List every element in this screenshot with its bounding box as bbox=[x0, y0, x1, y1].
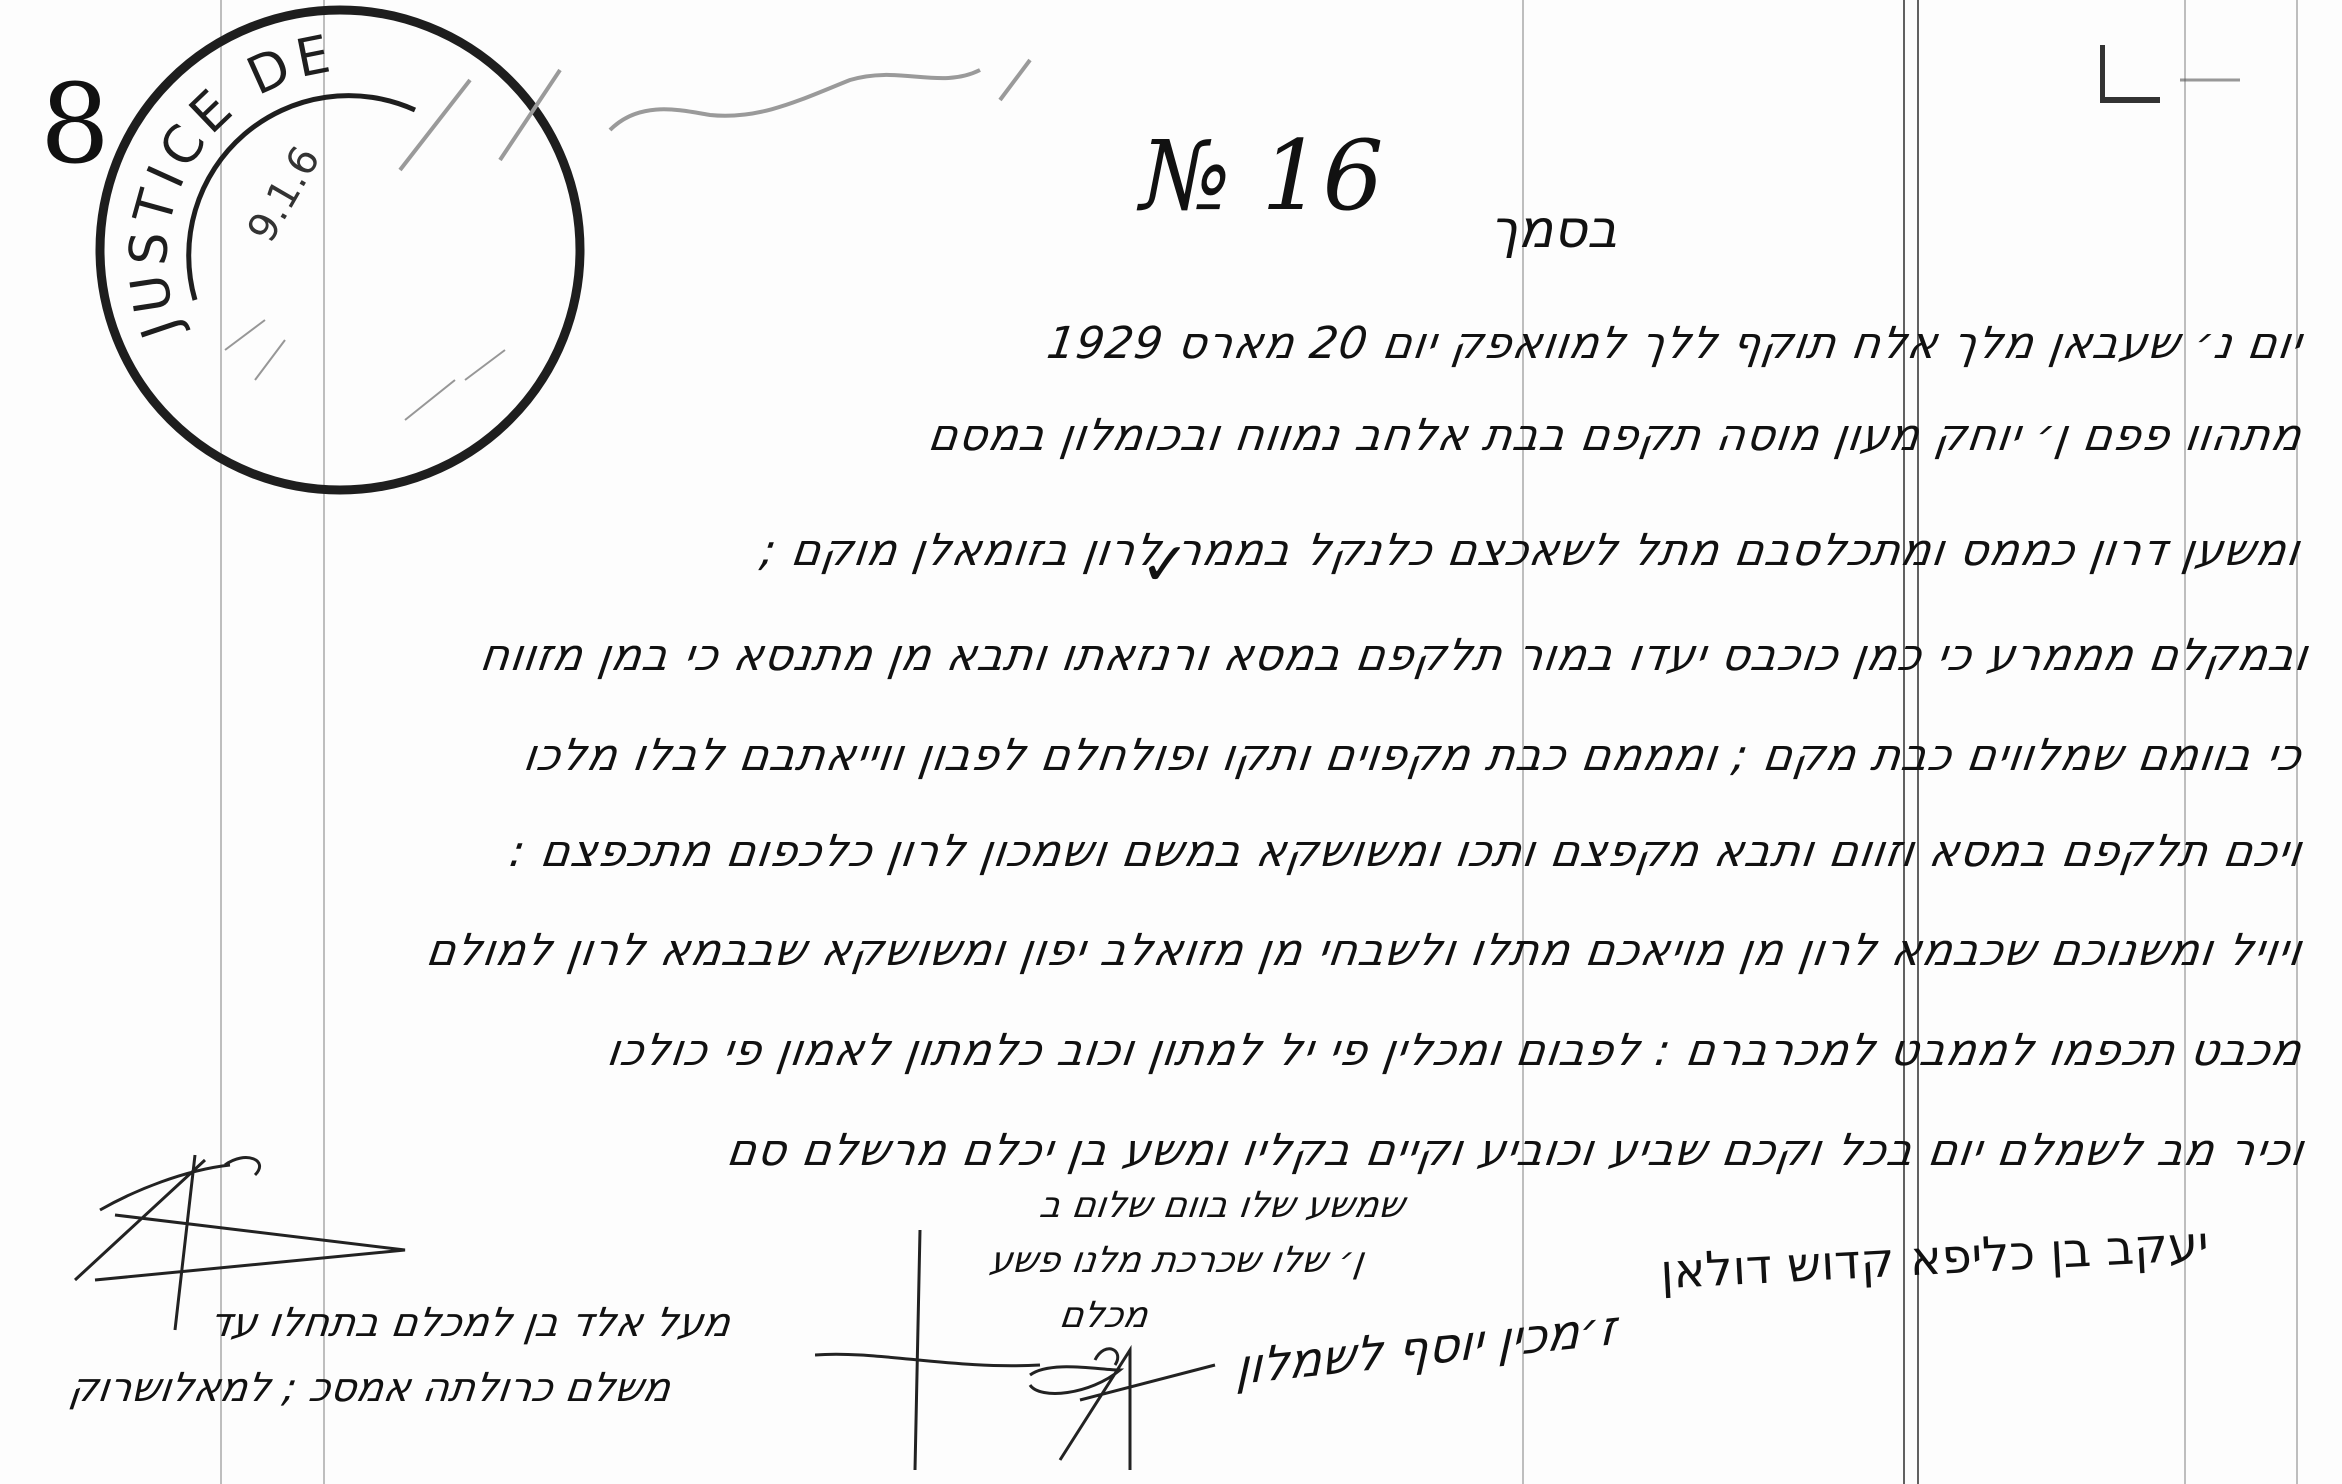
body-line-7: ויויל ומשנוכם שכבמא לרון מן מויאכם מתלו … bbox=[138, 925, 2305, 976]
body-line-1: יום נ׳ שעבאן מלך אלח תוקף ללך למוואפק יו… bbox=[678, 318, 2305, 369]
signature-middle-line-1: שמשע שלו בוום שלום ב bbox=[1037, 1185, 1407, 1226]
check-mark-icon: ✓ bbox=[1140, 530, 1190, 600]
signature-scrawl-middle bbox=[1020, 1340, 1240, 1480]
document-number: № 16 bbox=[1140, 120, 1384, 232]
corner-bracket-mark bbox=[2100, 45, 2300, 125]
signature-left-line-2: משלם כרולתה אמסכ ; למאלושרוק bbox=[67, 1365, 674, 1411]
signature-left-line-1: מעל אלד בן למכלם בתחלו עד bbox=[207, 1300, 734, 1346]
document-page: 8 JUSTICE DE 9.1.6 № 16 בסמך יום נ׳ שעבא… bbox=[0, 0, 2342, 1484]
signature-center-name: ז׳מכין יוסף לשמלון bbox=[1235, 1300, 1617, 1396]
body-line-2: מתהוו פפם ן׳ יוחק מעון מוסה תקפם בבת אלח… bbox=[558, 410, 2305, 461]
signature-right-block: יעקב בן כליפא קדוש דולאן bbox=[1659, 1216, 2210, 1301]
body-line-3: ומשען דרון כממס ומתכלסבם מתל לשאכצם כלנק… bbox=[446, 525, 2303, 576]
body-line-8: מכבט תכפמו לממבט למכרברם : לפבום ומכלין … bbox=[158, 1025, 2305, 1076]
body-line-6: ויכם תלקפם במסא וזוום ותבא מקפצם ותכו ומ… bbox=[188, 826, 2305, 877]
document-heading: בסמך bbox=[1490, 200, 1617, 260]
body-line-4: ובמקלם מממרע כי כמן כוכבס יעדו במור תלקפ… bbox=[244, 630, 2311, 681]
body-line-5: כי בוומם שמלווים כבת מקם ; ומממם כבת מקפ… bbox=[188, 730, 2305, 781]
faded-signature bbox=[380, 20, 1080, 200]
signature-middle-line-2: ן׳ שלו שכרכת מלנו פשע bbox=[987, 1240, 1366, 1281]
signature-middle-line-3: מכלם bbox=[1057, 1295, 1151, 1336]
stamp-inner-text: 9.1.6 bbox=[239, 139, 330, 250]
body-line-9: וכיר מב לשמלם יום בכל וקכם שביע וכוביע ו… bbox=[150, 1125, 2307, 1176]
